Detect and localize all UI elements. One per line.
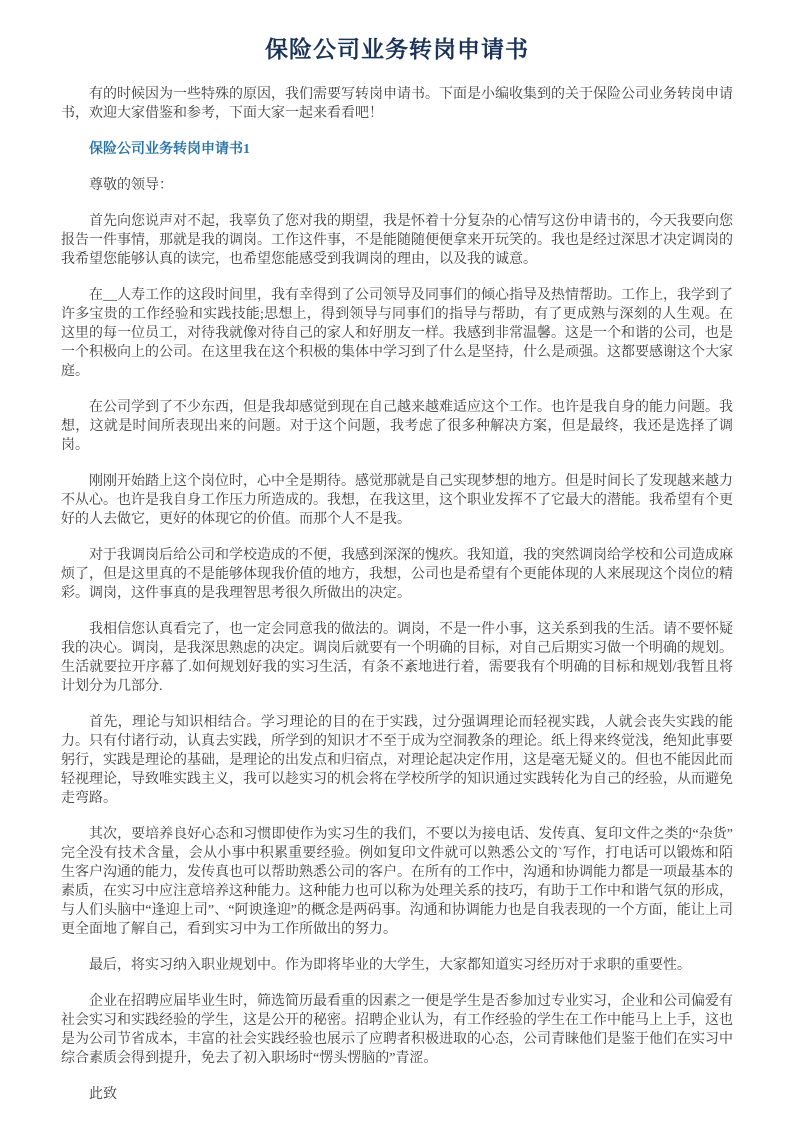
body-paragraph: 我相信您认真看完了，也一定会同意我的做法的。调岗，不是一件小事，这关系到我的生活… xyxy=(61,620,733,696)
document-page: 保险公司业务转岗申请书 有的时候因为一些特殊的原因，我们需要写转岗申请书。下面是… xyxy=(0,0,794,1123)
body-paragraph: 其次，要培养良好心态和习惯即使作为实习生的我们，不要以为接电话、发传真、复印文件… xyxy=(61,825,733,939)
body-paragraph: 首先向您说声对不起，我辜负了您对我的期望，我是怀着十分复杂的心情写这份申请书的，… xyxy=(61,212,733,269)
closing-phrase: 此致 xyxy=(61,1085,733,1104)
body-paragraph: 最后，将实习纳入职业规划中。作为即将毕业的大学生，大家都知道实习经历对于求职的重… xyxy=(61,956,733,975)
body-paragraph: 首先，理论与知识相结合。学习理论的目的在于实践，过分强调理论而轻视实践，人就会丧… xyxy=(61,713,733,808)
body-paragraph: 对于我调岗后给公司和学校造成的不便，我感到深深的愧疚。我知道，我的突然调岗给学校… xyxy=(61,546,733,603)
intro-paragraph: 有的时候因为一些特殊的原因，我们需要写转岗申请书。下面是小编收集到的关于保险公司… xyxy=(61,85,733,123)
section-heading: 保险公司业务转岗申请书1 xyxy=(61,140,733,159)
body-paragraph: 在公司学到了不少东西，但是我却感觉到现在自己越来越难适应这个工作。也许是我自身的… xyxy=(61,398,733,455)
body-paragraph: 刚刚开始踏上这个岗位时，心中全是期待。感觉那就是自己实现梦想的地方。但是时间长了… xyxy=(61,472,733,529)
document-title: 保险公司业务转岗申请书 xyxy=(61,34,733,64)
body-paragraph: 在__人寿工作的这段时间里，我有幸得到了公司领导及同事们的倾心指导及热情帮助。工… xyxy=(61,286,733,381)
salutation: 尊敬的领导： xyxy=(61,176,733,195)
body-paragraph: 企业在招聘应届毕业生时，筛选简历最看重的因素之一便是学生是否参加过专业实习，企业… xyxy=(61,992,733,1068)
